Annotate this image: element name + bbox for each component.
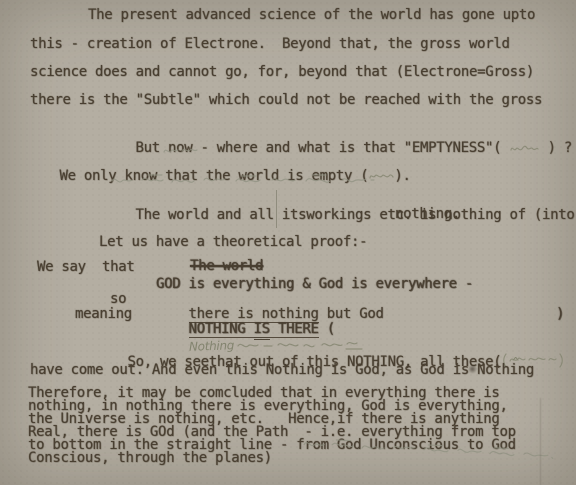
paper-crease (540, 398, 541, 485)
typed-line-world-workings: The world and all itsworkings etc. is no… (103, 193, 576, 238)
typed-line-p5-6: Conscious, through the planes) (28, 451, 272, 466)
typed-line-god-everything: GOD is everything & God is everywhere - (156, 277, 473, 292)
typed-line-meaning: meaning (75, 307, 132, 322)
handwritten-superscript-icon (162, 144, 200, 156)
typed-text: ). (394, 168, 410, 184)
typed-line-p1-4: there is the "Subtle" which could not be… (30, 93, 542, 108)
typed-closing-paren: ) (556, 307, 564, 322)
typed-line-nothing: nothing. (395, 207, 460, 222)
scanned-typewritten-page: The present advanced science of the worl… (0, 0, 576, 485)
typed-line-proof-heading: Let us have a theoretical proof:- (99, 235, 367, 250)
pencil-caret-mark: ^ (512, 355, 519, 370)
typed-text: ) ? (539, 140, 572, 156)
typed-line-we-say: We say that (37, 260, 135, 275)
handwritten-gujarati-word-icon (509, 141, 539, 155)
typed-text: ( (319, 321, 335, 337)
typed-line-p1-2: this - creation of Electrone. Beyond tha… (30, 37, 510, 52)
pencil-word-divider (276, 190, 277, 228)
typed-line-p1-1: The present advanced science of the worl… (88, 8, 535, 23)
handwritten-gujarati-bottom-line-icon (300, 434, 557, 465)
typed-line-so: so (110, 292, 126, 307)
handwritten-gujarati-line-icon (108, 171, 380, 189)
typed-struck-the-world: The world (190, 259, 263, 274)
ink-blot (468, 364, 477, 374)
typed-text: The world and all its (136, 207, 307, 223)
typed-line-p4-2: have come out. And even this Nothing is … (30, 363, 534, 378)
typed-line-p1-3: science does and cannot go, for, beyond … (30, 65, 534, 80)
